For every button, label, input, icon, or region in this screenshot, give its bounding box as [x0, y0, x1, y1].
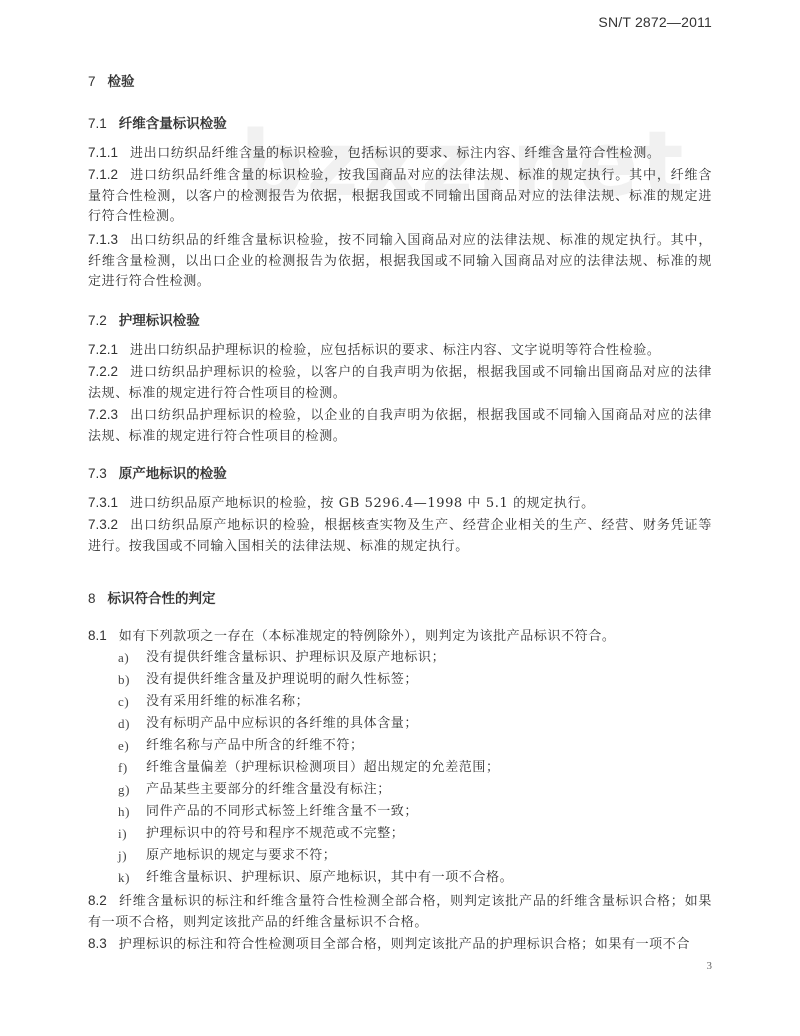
- list-marker: e): [118, 735, 146, 757]
- clause-number: 8.2: [88, 893, 107, 908]
- clause-number: 7.2.1: [88, 342, 118, 357]
- list-marker: b): [118, 669, 146, 691]
- section-title: 护理标识检验: [119, 313, 200, 329]
- list-text: 产品某些主要部分的纤维含量没有标注；: [146, 779, 391, 801]
- clause-number: 8.1: [88, 628, 107, 643]
- list-item: h)同件产品的不同形式标签上纤维含量不一致；: [118, 801, 708, 823]
- section-number: 7.2: [88, 313, 107, 328]
- section-title: 检验: [108, 74, 135, 90]
- section-title: 纤维含量标识检验: [119, 116, 227, 132]
- clause-7-1-2: 7.1.2进口纺织品纤维含量的标识检验，按我国商品对应的法律法规、标准的规定执行…: [88, 165, 712, 228]
- list-item: k)纤维含量标识、护理标识、原产地标识，其中有一项不合格。: [118, 867, 708, 889]
- clause-7-2-3: 7.2.3出口纺织品护理标识的检验，以企业的自我声明为依据，根据我国或不同输入国…: [88, 405, 712, 447]
- list-text: 同件产品的不同形式标签上纤维含量不一致；: [146, 801, 418, 823]
- clause-7-1-1: 7.1.1进出口纺织品纤维含量的标识检验，包括标识的要求、标注内容、纤维含量符合…: [88, 143, 712, 165]
- page-number: 3: [707, 960, 713, 972]
- clause-number: 7.3.2: [88, 517, 118, 532]
- clause-text: 纤维含量标识的标注和纤维含量符合性检测全部合格，则判定该批产品的纤维含量标识合格…: [88, 894, 712, 930]
- list-text: 护理标识中的符号和程序不规范或不完整；: [146, 823, 404, 845]
- section-number: 7.3: [88, 466, 107, 481]
- clause-7-2-1: 7.2.1进出口纺织品护理标识的检验，应包括标识的要求、标注内容、文字说明等符合…: [88, 340, 712, 362]
- list-item: j)原产地标识的规定与要求不符；: [118, 845, 708, 867]
- list-text: 没有提供纤维含量及护理说明的耐久性标签；: [146, 669, 418, 691]
- clause-text: 出口纺织品原产地标识的检验，根据核查实物及生产、经营企业相关的生产、经营、财务凭…: [88, 518, 712, 554]
- list-marker: k): [118, 867, 146, 889]
- standard-code: SN/T 2872—2011: [598, 14, 712, 30]
- clause-text: 如有下列款项之一存在（本标准规定的特例除外），则判定为该批产品标识不符合。: [119, 629, 616, 644]
- clause-text: 进出口纺织品护理标识的检验，应包括标识的要求、标注内容、文字说明等符合性检验。: [130, 343, 660, 358]
- list-item: g)产品某些主要部分的纤维含量没有标注；: [118, 779, 708, 801]
- section-7-1-heading: 7.1纤维含量标识检验: [88, 112, 227, 132]
- list-marker: c): [118, 691, 146, 713]
- clause-7-3-2: 7.3.2出口纺织品原产地标识的检验，根据核查实物及生产、经营企业相关的生产、经…: [88, 515, 712, 557]
- list-item: b)没有提供纤维含量及护理说明的耐久性标签；: [118, 669, 708, 691]
- list-item: e)纤维名称与产品中所含的纤维不符；: [118, 735, 708, 757]
- section-number: 7.1: [88, 116, 107, 131]
- clause-7-1-3: 7.1.3出口纺织品的纤维含量标识检验，按不同输入国商品对应的法律法规、标准的规…: [88, 230, 712, 293]
- list-marker: d): [118, 713, 146, 735]
- list-marker: g): [118, 779, 146, 801]
- section-title: 原产地标识的检验: [119, 466, 227, 482]
- list-marker: j): [118, 845, 146, 867]
- list-text: 没有提供纤维含量标识、护理标识及原产地标识；: [146, 647, 445, 669]
- list-item: a)没有提供纤维含量标识、护理标识及原产地标识；: [118, 647, 708, 669]
- section-8-heading: 8标识符合性的判定: [88, 587, 216, 607]
- list-text: 纤维含量标识、护理标识、原产地标识，其中有一项不合格。: [146, 867, 513, 889]
- clause-text: 进口纺织品原产地标识的检验，按 GB 5296.4—1998 中 5.1 的规定…: [130, 496, 595, 511]
- clause-text: 出口纺织品护理标识的检验，以企业的自我声明为依据，根据我国或不同输入国商品对应的…: [88, 408, 712, 444]
- clause-7-2-2: 7.2.2进口纺织品护理标识的检验，以客户的自我声明为依据，根据我国或不同输出国…: [88, 362, 712, 404]
- clause-number: 7.3.1: [88, 495, 118, 510]
- clause-number: 7.1.1: [88, 145, 118, 160]
- section-7-3-heading: 7.3原产地标识的检验: [88, 462, 227, 482]
- clause-text: 进口纺织品护理标识的检验，以客户的自我声明为依据，根据我国或不同输出国商品对应的…: [88, 365, 712, 401]
- list-marker: h): [118, 801, 146, 823]
- non-conformity-list: a)没有提供纤维含量标识、护理标识及原产地标识； b)没有提供纤维含量及护理说明…: [118, 647, 708, 889]
- list-marker: f): [118, 757, 146, 779]
- list-text: 纤维名称与产品中所含的纤维不符；: [146, 735, 364, 757]
- section-number: 7: [88, 74, 96, 89]
- section-7-heading: 7检验: [88, 70, 135, 90]
- clause-7-3-1: 7.3.1进口纺织品原产地标识的检验，按 GB 5296.4—1998 中 5.…: [88, 493, 712, 515]
- list-item: i)护理标识中的符号和程序不规范或不完整；: [118, 823, 708, 845]
- list-text: 没有标明产品中应标识的各纤维的具体含量；: [146, 713, 418, 735]
- list-text: 原产地标识的规定与要求不符；: [146, 845, 336, 867]
- clause-number: 7.2.3: [88, 407, 118, 422]
- clause-text: 护理标识的标注和符合性检测项目全部合格，则判定该批产品的护理标识合格；如果有一项…: [119, 937, 690, 952]
- list-marker: i): [118, 823, 146, 845]
- list-marker: a): [118, 647, 146, 669]
- list-item: c)没有采用纤维的标准名称；: [118, 691, 708, 713]
- section-title: 标识符合性的判定: [108, 591, 216, 607]
- section-number: 8: [88, 591, 96, 606]
- clause-text: 进出口纺织品纤维含量的标识检验，包括标识的要求、标注内容、纤维含量符合性检测。: [130, 146, 660, 161]
- section-7-2-heading: 7.2护理标识检验: [88, 309, 200, 329]
- clause-8-1: 8.1如有下列款项之一存在（本标准规定的特例除外），则判定为该批产品标识不符合。: [88, 626, 712, 648]
- list-item: d)没有标明产品中应标识的各纤维的具体含量；: [118, 713, 708, 735]
- clause-number: 7.1.3: [88, 232, 118, 247]
- clause-text: 出口纺织品的纤维含量标识检验，按不同输入国商品对应的法律法规、标准的规定执行。其…: [88, 233, 712, 289]
- clause-number: 7.1.2: [88, 167, 118, 182]
- clause-number: 8.3: [88, 936, 107, 951]
- list-item: f)纤维含量偏差（护理标识检测项目）超出规定的允差范围；: [118, 757, 708, 779]
- clause-8-3: 8.3护理标识的标注和符合性检测项目全部合格，则判定该批产品的护理标识合格；如果…: [88, 934, 712, 956]
- list-text: 没有采用纤维的标准名称；: [146, 691, 309, 713]
- clause-number: 7.2.2: [88, 364, 118, 379]
- list-text: 纤维含量偏差（护理标识检测项目）超出规定的允差范围；: [146, 757, 500, 779]
- clause-text: 进口纺织品纤维含量的标识检验，按我国商品对应的法律法规、标准的规定执行。其中，纤…: [88, 168, 712, 224]
- clause-8-2: 8.2纤维含量标识的标注和纤维含量符合性检测全部合格，则判定该批产品的纤维含量标…: [88, 891, 712, 933]
